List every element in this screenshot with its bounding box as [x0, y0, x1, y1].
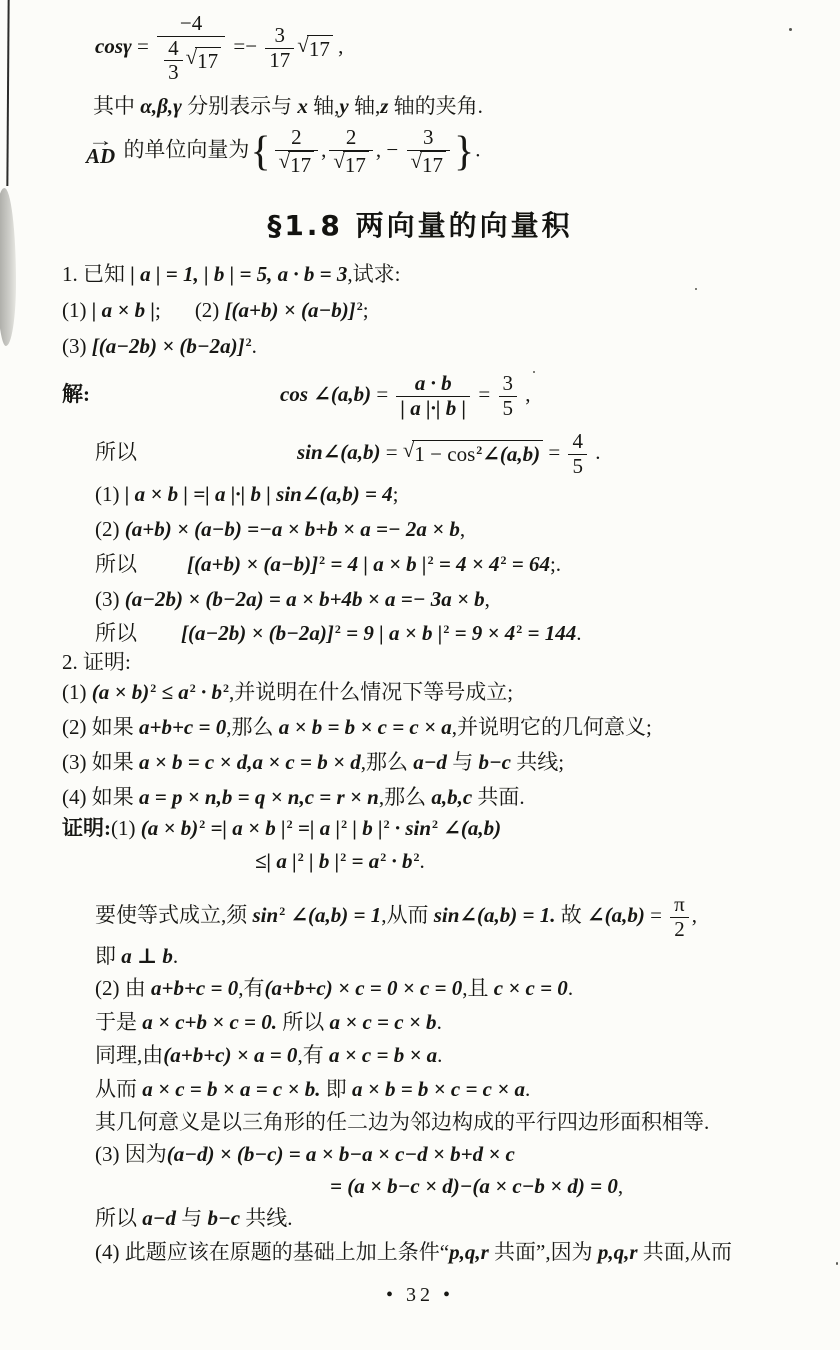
math-run: = 4 | a × b | — [325, 552, 426, 576]
math-run: (a × b) — [92, 680, 149, 704]
proof-3c: 所以 a−d 与 b−c 共线. — [95, 1205, 293, 1232]
text-run: 2. 证明: — [62, 650, 131, 674]
text-run: 17 — [269, 48, 290, 72]
text-run: ; — [155, 298, 161, 322]
text-run: 4 — [572, 429, 583, 453]
math-run: a−d — [413, 750, 447, 774]
fraction: 35 — [499, 372, 518, 420]
text-run: ;. — [550, 552, 561, 576]
math-run: | a | = 1, | b | = 5, a · b = 3 — [130, 262, 347, 286]
math-run: c × c = 0 — [494, 976, 568, 1000]
text-run: ,试求: — [347, 262, 400, 286]
square-root: √17 — [297, 35, 333, 62]
text-run: 17 — [290, 153, 311, 177]
text-run: . — [590, 440, 601, 464]
text-run: 即 — [320, 1077, 352, 1101]
fraction-denominator: √17 — [407, 150, 451, 178]
math-run: a × b = b × c = c × a — [352, 1077, 525, 1101]
problem-2-3: (3) 如果 a × b = c × d,a × c = b × d,那么 a−… — [62, 749, 564, 776]
text-run: (4) 此题应该在原题的基础上加上条件“ — [95, 1240, 449, 1264]
math-run: · b — [386, 849, 412, 873]
text-run: . — [568, 976, 573, 1000]
solution-3a: (3) (a−2b) × (b−2a) = a × b+4b × a =− 3a… — [95, 586, 490, 613]
fraction-denominator: 17 — [265, 48, 294, 73]
problem-1-part-3: (3) [(a−2b) × (b−2a)]2. — [62, 333, 257, 360]
radicand: 17 — [195, 47, 221, 74]
text-run: 所以 — [95, 440, 137, 464]
math-run: cosγ — [95, 34, 132, 58]
text-run: = — [371, 382, 393, 406]
square-root: √17 — [186, 47, 222, 74]
text-run: (1) — [111, 816, 141, 840]
radicand: 1 − cos2∠(a,b) — [412, 440, 543, 467]
section-header: §1.8 两向量的向量积 — [0, 204, 840, 244]
math-run: (a+b+c) × c = 0 × c = 0 — [264, 976, 462, 1000]
text-run: . — [252, 334, 257, 358]
math-run: (a+b) × (a−b) =−a × b+b × a =− 2a × b — [125, 517, 460, 541]
problem-1-parts-1-2: (1) | a × b |;(2) [(a+b) × (a−b)]2; — [62, 297, 369, 324]
text-run: 轴的夹角. — [388, 94, 483, 118]
text-run: 同理,由 — [95, 1043, 163, 1067]
math-run: α,β,γ — [140, 94, 182, 118]
text-run: ,那么 — [361, 750, 414, 774]
solution-2a: (2) (a+b) × (a−b) =−a × b+b × a =− 2a × … — [95, 516, 465, 543]
page-number: • 32 • — [0, 1284, 840, 1307]
spacer — [137, 570, 187, 571]
fraction-numerator: 2 — [329, 126, 373, 150]
text-run: 于是 — [95, 1010, 142, 1034]
radicand: 17 — [307, 35, 333, 62]
math-run: a × c = c × b — [330, 1010, 437, 1034]
text-run: ; — [363, 298, 369, 322]
text-run: 共面,从而 — [638, 1240, 733, 1264]
square-root: √17 — [411, 151, 447, 178]
math-run: =| a | — [293, 816, 340, 840]
vector-overline: →AD — [86, 136, 115, 167]
math-run: b−c — [478, 750, 511, 774]
fraction-denominator: 43√17 — [157, 36, 225, 85]
fraction: 43 — [164, 37, 183, 85]
problem-1: 1. 已知 | a | = 1, | b | = 5, a · b = 3,试求… — [62, 261, 401, 288]
text-run: 所以 — [277, 1010, 330, 1034]
spacer — [137, 639, 181, 640]
scanned-page: §1.8 两向量的向量积 cosγ = −443√17 =− 317√17 ,其… — [0, 0, 840, 1350]
math-run: p,q,r — [449, 1240, 489, 1264]
math-run: ≤| a | — [255, 849, 297, 873]
text-run: 5 — [503, 396, 514, 420]
math-run: (a−d) × (b−c) = a × b−a × c−d × b+d × c — [167, 1142, 515, 1166]
text-run: ,且 — [462, 976, 494, 1000]
formula-cos-gamma: cosγ = −443√17 =− 317√17 , — [95, 12, 343, 85]
text-run: , — [485, 587, 490, 611]
text-run: 其中 — [93, 94, 140, 118]
math-run: ∠(a,b) — [482, 442, 540, 466]
text-run: 3 — [275, 23, 286, 47]
text-run: 所以 — [95, 1206, 142, 1230]
math-run: x — [297, 94, 308, 118]
math-run: ∠(a,b) — [438, 816, 501, 840]
solution-3b: 所以[(a−2b) × (b−2a)]2 = 9 | a × b |2 = 9 … — [95, 620, 581, 647]
text-run: 轴, — [308, 94, 340, 118]
text-run: (1) — [95, 482, 125, 506]
text-run: . — [525, 1077, 530, 1101]
text-run: ,有 — [297, 1043, 329, 1067]
vector-arrow-icon: → — [79, 136, 123, 145]
square-root: √17 — [279, 151, 315, 178]
fraction-numerator: −4 — [157, 12, 225, 36]
fraction-numerator: 2 — [275, 126, 319, 150]
math-run: sin∠(a,b) = 1. — [434, 903, 556, 927]
scan-speck — [789, 28, 792, 31]
math-run: = 9 × 4 — [449, 621, 515, 645]
text-run: 1 − cos — [414, 442, 475, 466]
text-run: (3) — [62, 334, 92, 358]
spacer — [137, 458, 297, 459]
fraction-numerator: 4 — [568, 430, 587, 454]
text-run: (3) — [95, 587, 125, 611]
text-run: 共面”,因为 — [489, 1240, 598, 1264]
text-run: , − — [376, 138, 404, 162]
math-run: | a × b | — [92, 298, 155, 322]
proof-1d: 即 a ⊥ b. — [95, 943, 178, 970]
text-run: ,从而 — [381, 903, 434, 927]
text-run: 3 — [503, 371, 514, 395]
text-run: , — [692, 903, 697, 927]
fraction-denominator: √17 — [275, 150, 319, 178]
text-run: . — [420, 849, 425, 873]
fraction-denominator: 3 — [164, 60, 183, 85]
radicand: 17 — [288, 151, 314, 178]
text-run: . — [437, 1043, 442, 1067]
text-run: = — [645, 903, 667, 927]
math-run: a × c = b × a — [329, 1043, 437, 1067]
math-run: (a × b) — [141, 816, 198, 840]
fraction: 2√17 — [329, 126, 373, 178]
text-run: 2 — [674, 917, 685, 941]
radicand: 17 — [343, 151, 369, 178]
math-run: | a × b | =| a |·| b | sin∠(a,b) = 4 — [125, 482, 393, 506]
math-run: a ⊥ b — [121, 944, 173, 968]
math-run: a × c+b × c = 0. — [142, 1010, 277, 1034]
math-run: · sin — [390, 816, 431, 840]
text-run: (1) — [62, 298, 92, 322]
math-run: [(a+b) × (a−b)] — [225, 298, 356, 322]
text-run: 2 — [346, 125, 357, 149]
math-run: | b | — [304, 849, 340, 873]
math-run: b−c — [207, 1206, 240, 1230]
proof-3b: = (a × b−c × d)−(a × c−b × d) = 0, — [330, 1173, 623, 1200]
proof-2c: 同理,由(a+b+c) × a = 0,有 a × c = b × a. — [95, 1042, 442, 1069]
text-run: 1. 已知 — [62, 262, 130, 286]
fraction-denominator: 5 — [568, 454, 587, 479]
fraction: π2 — [670, 893, 689, 941]
proof-2e: 其几何意义是以三角形的任二边为邻边构成的平行四边形面积相等. — [95, 1109, 709, 1136]
fraction-numerator: 3 — [499, 372, 518, 396]
problem-2-2: (2) 如果 a+b+c = 0,那么 a × b = b × c = c × … — [62, 714, 652, 741]
text-run: = — [473, 382, 495, 406]
math-run: [(a−2b) × (b−2a)] — [92, 334, 245, 358]
text-run: . — [173, 944, 178, 968]
bold-label: 解: — [62, 382, 90, 406]
math-run: = 4 × 4 — [434, 552, 500, 576]
spacer — [90, 400, 280, 401]
proof-1c: 要使等式成立,须 sin2 ∠(a,b) = 1,从而 sin∠(a,b) = … — [95, 893, 697, 941]
math-run: (a+b+c) × a = 0 — [163, 1043, 297, 1067]
text-run: −4 — [180, 11, 202, 35]
scan-speck — [836, 1262, 838, 1265]
fraction-denominator: | a |·| b | — [396, 396, 470, 421]
math-run: a−d — [142, 1206, 176, 1230]
text-run: 共线. — [240, 1206, 293, 1230]
text-run: 2 — [291, 125, 302, 149]
scan-speck — [695, 288, 697, 290]
proof-2a: (2) 由 a+b+c = 0,有(a+b+c) × c = 0 × c = 0… — [95, 975, 573, 1002]
proof-1b: ≤| a |2 | b |2 = a2 · b2. — [255, 848, 425, 875]
text-run: (2) 由 — [95, 976, 151, 1000]
math-run: = 9 | a × b | — [341, 621, 442, 645]
text-run: 与 — [176, 1206, 208, 1230]
math-run: ∠(a,b) = 1 — [285, 903, 381, 927]
math-run: y — [339, 94, 348, 118]
text-run: (3) 如果 — [62, 750, 139, 774]
fraction-numerator: π — [670, 893, 689, 917]
big-brace: { — [250, 129, 270, 175]
fraction-numerator: 4 — [164, 37, 183, 61]
math-run: a+b+c = 0 — [151, 976, 238, 1000]
proof-3a: (3) 因为(a−d) × (b−c) = a × b−a × c−d × b+… — [95, 1141, 515, 1168]
text-run: ,并说明它的几何意义; — [452, 715, 652, 739]
math-run: a × b = c × d,a × c = b × d — [139, 750, 361, 774]
proof-2d: 从而 a × c = b × a = c × b. 即 a × b = b × … — [95, 1076, 530, 1103]
math-run: p,q,r — [598, 1240, 638, 1264]
text-run: (2) — [95, 517, 125, 541]
text-run: 故 — [555, 903, 587, 927]
fraction: 45 — [568, 430, 587, 478]
math-run: [(a+b) × (a−b)] — [187, 552, 318, 576]
fraction-numerator: a · b — [396, 372, 470, 396]
proof-1a: 证明:(1) (a × b)2 =| a × b |2 =| a |2 | b … — [62, 815, 501, 842]
text-run: (2) — [195, 298, 225, 322]
math-run: ∠(a,b) — [587, 903, 645, 927]
text-run: (2) 如果 — [62, 715, 139, 739]
text-run: (3) 因为 — [95, 1142, 167, 1166]
fraction: 2√17 — [275, 126, 319, 178]
fraction-numerator: 3 — [407, 126, 451, 150]
math-run: sin — [253, 903, 279, 927]
math-run: a = p × n,b = q × n,c = r × n — [139, 785, 379, 809]
text-run: 的单位向量为 — [118, 138, 249, 162]
text-run: 要使等式成立,须 — [95, 903, 253, 927]
fraction: 3√17 — [407, 126, 451, 178]
proof-2b: 于是 a × c+b × c = 0. 所以 a × c = c × b. — [95, 1009, 442, 1036]
fraction: −443√17 — [157, 12, 225, 85]
math-run: ≤ a — [156, 680, 189, 704]
text-run: , — [520, 382, 531, 406]
text-run: 3 — [423, 125, 434, 149]
math-run: a × b = b × c = c × a — [279, 715, 452, 739]
text-run: 与 — [447, 750, 479, 774]
square-root: √17 — [333, 151, 369, 178]
text-run: 17 — [345, 153, 366, 177]
bold-label: 证明: — [62, 816, 111, 840]
text-run: ,有 — [238, 976, 264, 1000]
math-run: | a |·| b | — [400, 396, 466, 420]
problem-2: 2. 证明: — [62, 649, 131, 676]
spacer — [161, 316, 195, 317]
math-run: sin∠(a,b) — [297, 440, 381, 464]
proof-4: (4) 此题应该在原题的基础上加上条件“p,q,r 共面”,因为 p,q,r 共… — [95, 1239, 732, 1266]
text-run: , — [618, 1174, 623, 1198]
text-run: 从而 — [95, 1077, 142, 1101]
problem-2-4: (4) 如果 a = p × n,b = q × n,c = r × n,那么 … — [62, 784, 525, 811]
text-run: 分别表示与 — [182, 94, 298, 118]
math-run: a × c = b × a = c × b. — [142, 1077, 320, 1101]
text-run: ,那么 — [226, 715, 279, 739]
math-run: = (a × b−c × d)−(a × c−b × d) = 0 — [330, 1174, 618, 1198]
math-run: | b | — [347, 816, 383, 840]
math-run: a · b — [415, 371, 452, 395]
text-run: 3 — [168, 60, 179, 84]
text-run: , — [333, 34, 344, 58]
math-run: a+b+c = 0 — [139, 715, 226, 739]
text-run: 17 — [422, 153, 443, 177]
text-angle-axes: 其中 α,β,γ 分别表示与 x 轴,y 轴,z 轴的夹角. — [93, 93, 483, 120]
math-run: =| a × b | — [205, 816, 285, 840]
text-run: 17 — [309, 37, 330, 61]
text-run: = — [132, 34, 154, 58]
text-run: 共线; — [511, 750, 564, 774]
text-run: 17 — [197, 49, 218, 73]
text-run: 轴, — [349, 94, 381, 118]
big-brace: } — [454, 129, 474, 175]
fraction-denominator: √17 — [329, 150, 373, 178]
radicand: 17 — [420, 151, 446, 178]
text-run: ,那么 — [379, 785, 432, 809]
text-run: , — [460, 517, 465, 541]
formula-unit-vector: →AD 的单位向量为{2√17,2√17, − 3√17}. — [86, 126, 480, 178]
math-run: (a−2b) × (b−2a) = a × b+4b × a =− 3a × b — [125, 587, 485, 611]
text-run: , — [321, 138, 326, 162]
math-run: = 144 — [522, 621, 576, 645]
text-run: 4 — [168, 36, 179, 60]
text-run: =− — [228, 34, 262, 58]
square-root: √1 − cos2∠(a,b) — [403, 440, 543, 467]
math-run: · b — [196, 680, 222, 704]
math-run: a,b,c — [431, 785, 472, 809]
math-run: = 64 — [507, 552, 550, 576]
text-run: ; — [393, 482, 399, 506]
text-run: . — [576, 621, 581, 645]
text-run: (4) 如果 — [62, 785, 139, 809]
math-run: cos ∠(a,b) — [280, 382, 371, 406]
text-run: 5 — [572, 454, 583, 478]
text-run: 所以 — [95, 621, 137, 645]
solution-sin-ab: 所以sin∠(a,b) = √1 − cos2∠(a,b) = 45 . — [95, 430, 600, 478]
solution-1: (1) | a × b | =| a |·| b | sin∠(a,b) = 4… — [95, 481, 399, 508]
text-run: ,并说明在什么情况下等号成立; — [229, 680, 513, 704]
fraction: 317 — [265, 24, 294, 72]
fraction-denominator: 2 — [670, 917, 689, 942]
fraction: a · b| a |·| b | — [396, 372, 470, 420]
solution-cos-ab: 解:cos ∠(a,b) = a · b| a |·| b | = 35 , — [62, 372, 531, 420]
solution-2b: 所以[(a+b) × (a−b)]2 = 4 | a × b |2 = 4 × … — [95, 551, 561, 578]
text-run: . — [437, 1010, 442, 1034]
text-run: = — [543, 440, 565, 464]
text-run: 即 — [95, 944, 121, 968]
text-run: = — [381, 440, 403, 464]
scan-speck — [533, 371, 535, 373]
math-run: = a — [346, 849, 379, 873]
math-run: [(a−2b) × (b−2a)] — [181, 621, 334, 645]
fraction-denominator: 5 — [499, 396, 518, 421]
text-run: 共面. — [472, 785, 525, 809]
text-run: (1) — [62, 680, 92, 704]
text-run: 所以 — [95, 552, 137, 576]
text-run: 其几何意义是以三角形的任二边为邻边构成的平行四边形面积相等. — [95, 1110, 709, 1134]
scan-binding-line-artifact — [6, 0, 9, 186]
text-run: . — [475, 138, 480, 162]
text-run: π — [674, 892, 685, 916]
fraction-numerator: 3 — [265, 24, 294, 48]
problem-2-1: (1) (a × b)2 ≤ a2 · b2,并说明在什么情况下等号成立; — [62, 679, 513, 706]
